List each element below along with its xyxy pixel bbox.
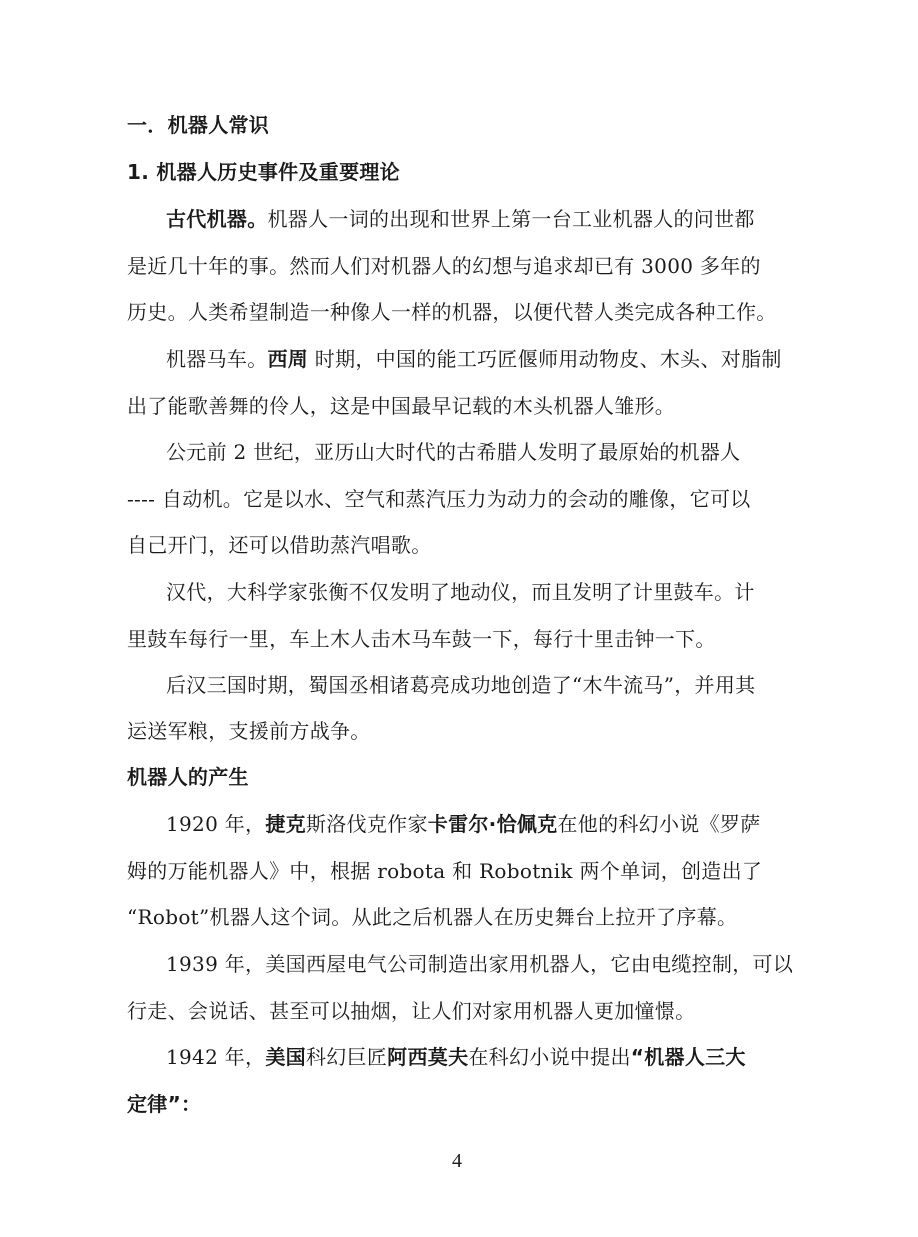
- bold-term: “机器人三大: [631, 1045, 746, 1069]
- text-line: “Robot”机器人这个词。从此之后机器人在历史舞台上拉开了序幕。: [127, 903, 737, 931]
- bold-term: 古代机器。: [166, 207, 268, 231]
- text-line: 公元前 2 世纪，亚历山大时代的古希腊人发明了最原始的机器人: [166, 438, 740, 466]
- text-line: 行走、会说话、甚至可以抽烟，让人们对家用机器人更加憧憬。: [127, 997, 695, 1025]
- text-line: 里鼓车每行一里，车上木人击木马车鼓一下，每行十里击钟一下。: [127, 625, 716, 653]
- text-line: 后汉三国时期，蜀国丞相诸葛亮成功地创造了“木牛流马”，并用其: [166, 671, 755, 699]
- subheading-robot-origin: 机器人的产生: [127, 763, 249, 791]
- text-span: 机器马车。: [166, 347, 268, 371]
- bold-term: 西周: [268, 347, 309, 371]
- section-heading: 一．机器人常识: [127, 111, 269, 139]
- bold-term: 美国: [265, 1045, 306, 1069]
- text-line: 出了能歌善舞的伶人，这是中国最早记载的木头机器人雏形。: [127, 392, 675, 420]
- text-line: 是近几十年的事。然而人们对机器人的幻想与追求却已有 3000 多年的: [127, 252, 761, 280]
- text-span: 斯洛伐克作家: [306, 812, 428, 836]
- text-line: 历史。人类希望制造一种像人一样的机器，以便代替人类完成各种工作。: [127, 298, 777, 326]
- text-line: 定律”：: [127, 1090, 201, 1118]
- text-span: 1942 年，: [166, 1045, 265, 1069]
- text-span: 1920 年，: [166, 812, 265, 836]
- text-span: 科幻巨匠: [306, 1045, 387, 1069]
- page-number: 4: [452, 1150, 462, 1173]
- text-line: 自己开门，还可以借助蒸汽唱歌。: [127, 531, 432, 559]
- bold-term: 捷克: [265, 812, 306, 836]
- text-line: 运送军粮，支援前方战争。: [127, 717, 371, 745]
- text-span: 时期，中国的能工巧匠偃师用动物皮、木头、对脂制: [308, 347, 782, 371]
- text-span: 在他的科幻小说《罗萨: [557, 812, 760, 836]
- text-line: 机器人一词的出现和世界上第一台工业机器人的问世都: [268, 207, 755, 231]
- text-line: 1939 年，美国西屋电气公司制造出家用机器人，它由电缆控制，可以: [166, 950, 793, 978]
- text-line: 姆的万能机器人》中，根据 robota 和 Robotnik 两个单词，创造出了: [127, 857, 762, 885]
- text-line: ---- 自动机。它是以水、空气和蒸汽压力为动力的会动的雕像，它可以: [127, 485, 751, 513]
- bold-term: 卡雷尔·恰佩克: [428, 812, 558, 836]
- bold-term: 阿西莫夫: [387, 1045, 468, 1069]
- text-line: 汉代，大科学家张衡不仅发明了地动仪，而且发明了计里鼓车。计: [166, 578, 755, 606]
- text-span: 在科幻小说中提出: [468, 1045, 630, 1069]
- subsection-heading: 1. 机器人历史事件及重要理论: [127, 158, 400, 186]
